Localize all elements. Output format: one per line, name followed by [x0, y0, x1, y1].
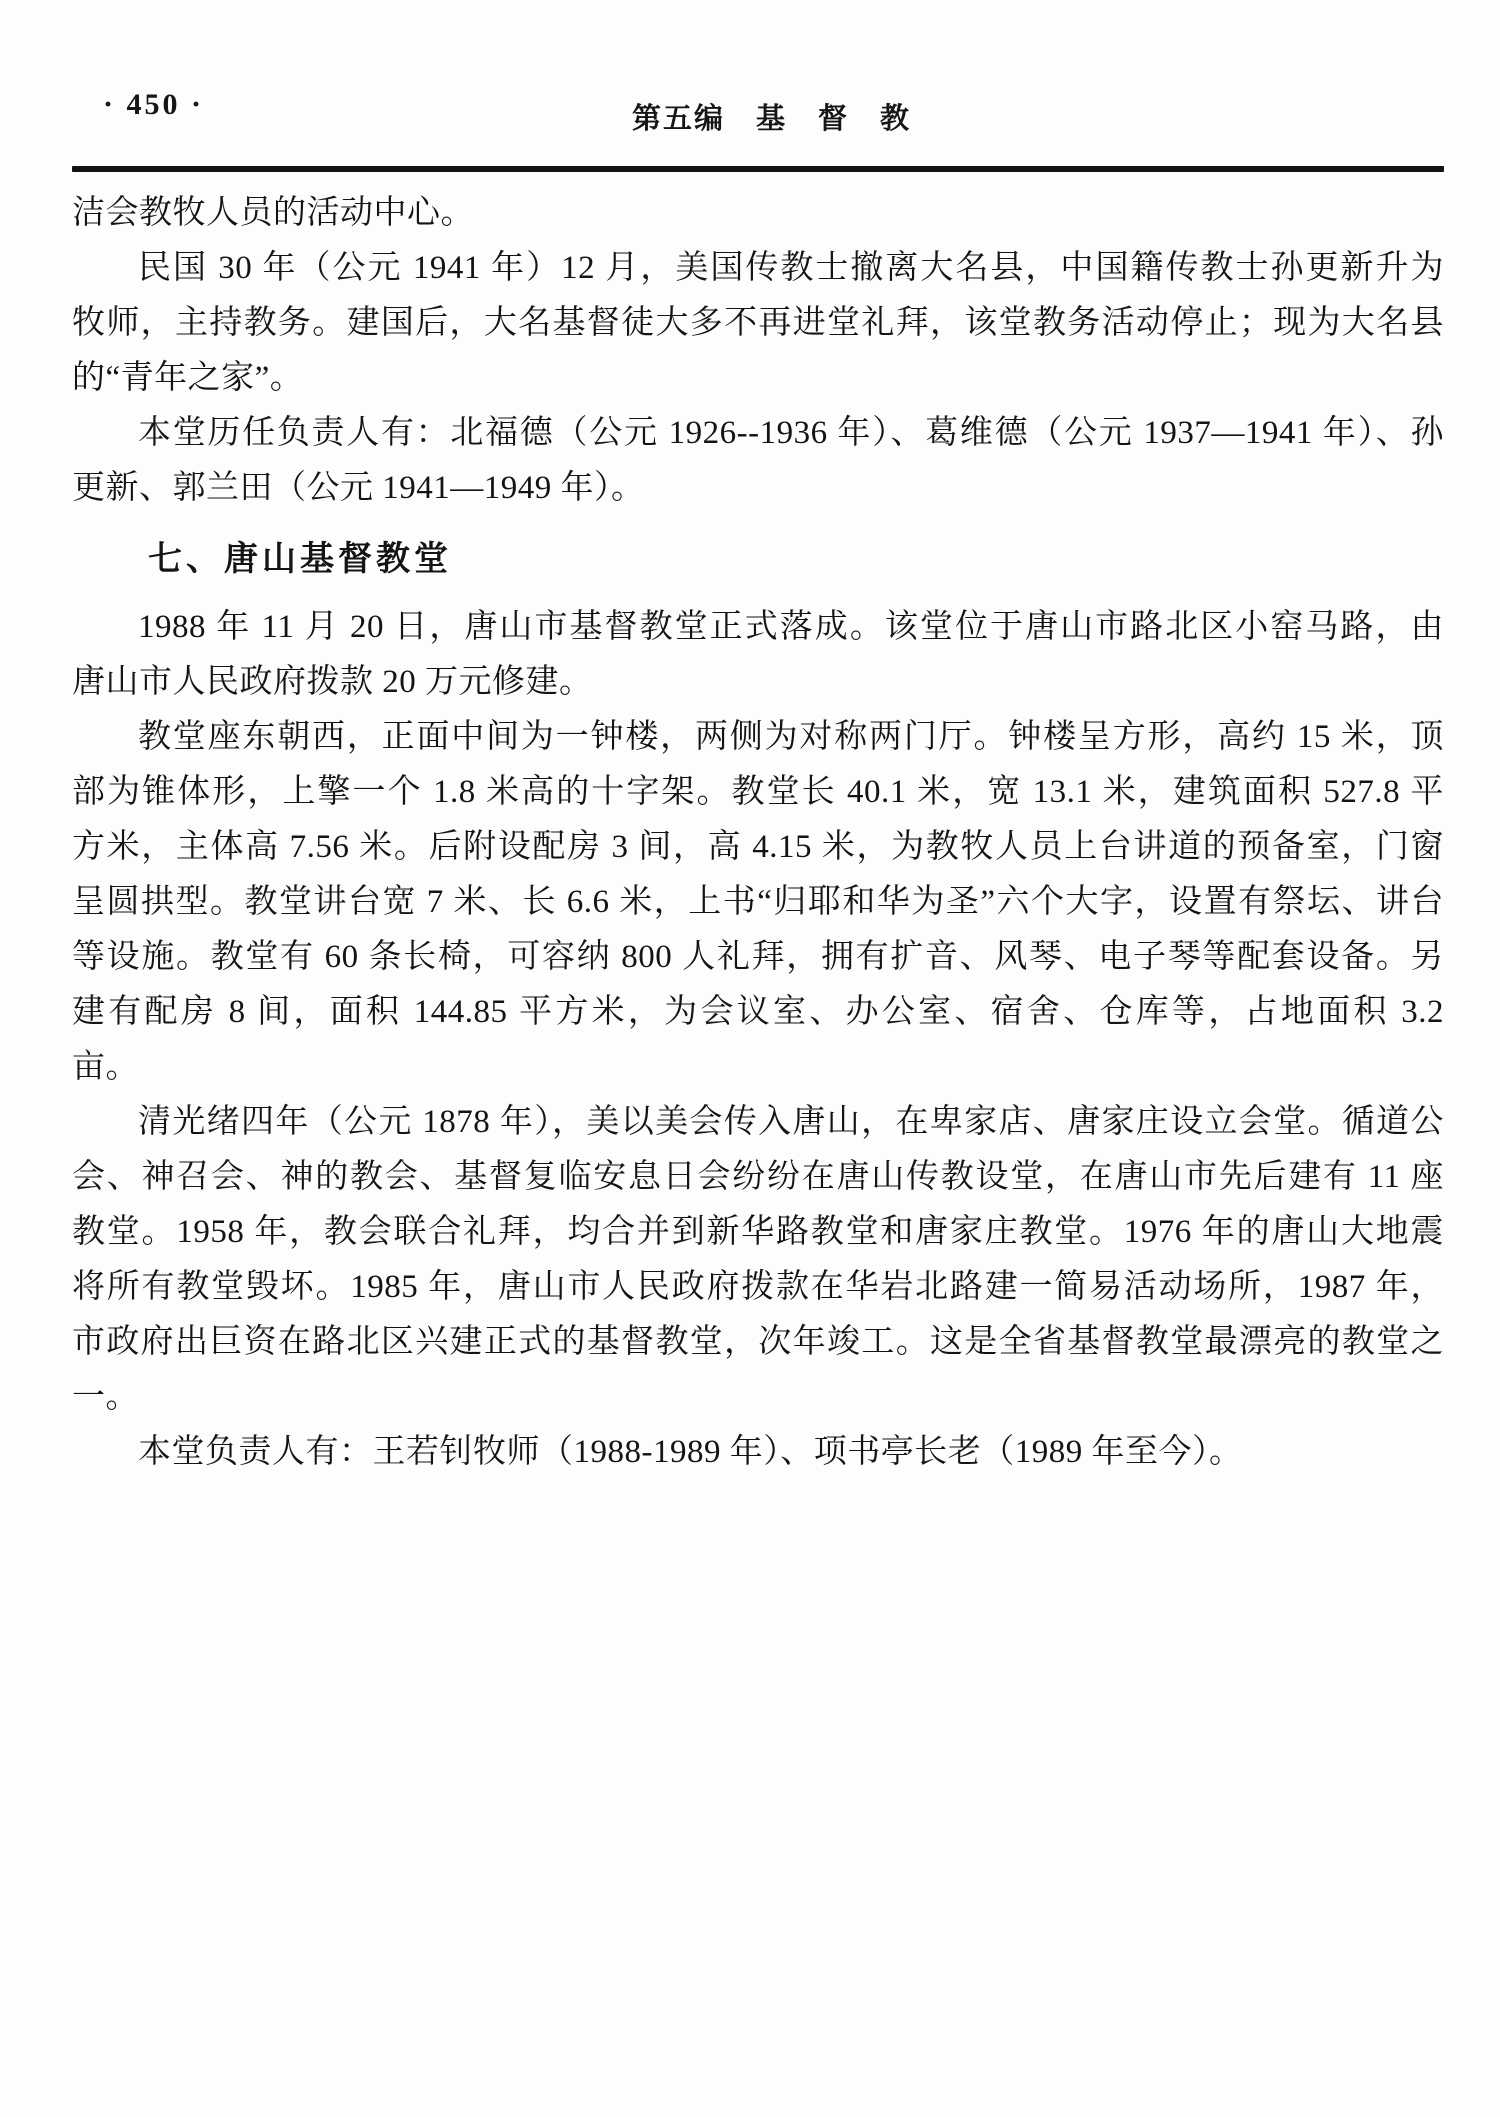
text-line: 民国 30 年（公元 1941 年）12 月，美国传教士撤离大名县，中国籍传教士… [72, 241, 1444, 296]
header-rule [72, 166, 1444, 172]
text-line: 本堂历任负责人有：北福德（公元 1926--1936 年）、葛维德（公元 193… [72, 406, 1444, 461]
text-line: 亩。 [72, 1040, 1444, 1095]
text-line: 牧师，主持教务。建国后，大名基督徒大多不再进堂礼拜，该堂教务活动停止；现为大名县 [72, 296, 1444, 351]
text-line: 清光绪四年（公元 1878 年），美以美会传入唐山，在卑家店、唐家庄设立会堂。循… [72, 1095, 1444, 1150]
text-line: 等设施。教堂有 60 条长椅，可容纳 800 人礼拜，拥有扩音、风琴、电子琴等配… [72, 930, 1444, 985]
page-body-text: 洁会教牧人员的活动中心。 民国 30 年（公元 1941 年）12 月，美国传教… [72, 186, 1444, 1480]
text-line: 教堂。1958 年，教会联合礼拜，均合并到新华路教堂和唐家庄教堂。1976 年的… [72, 1205, 1444, 1260]
text-line: 本堂负责人有：王若钊牧师（1988-1989 年）、项书亭长老（1989 年至今… [72, 1425, 1444, 1480]
section-heading: 七、唐山基督教堂 [148, 530, 1444, 590]
chapter-header-title: 第五编 基 督 教 [632, 96, 911, 137]
text-line: 的“青年之家”。 [72, 351, 1444, 406]
book-page: · 450 · 第五编 基 督 教 洁会教牧人员的活动中心。 民国 30 年（公… [0, 0, 1500, 2117]
text-line: 会、神召会、神的教会、基督复临安息日会纷纷在唐山传教设堂，在唐山市先后建有 11… [72, 1150, 1444, 1205]
text-line: 1988 年 11 月 20 日，唐山市基督教堂正式落成。该堂位于唐山市路北区小… [72, 600, 1444, 655]
running-header: · 450 · 第五编 基 督 教 [0, 0, 1500, 176]
text-line: 唐山市人民政府拨款 20 万元修建。 [72, 655, 1444, 710]
text-line: 一。 [72, 1370, 1444, 1425]
page-number: · 450 · [103, 88, 204, 122]
text-line: 将所有教堂毁坏。1985 年，唐山市人民政府拨款在华岩北路建一简易活动场所，19… [72, 1260, 1444, 1315]
text-line: 呈圆拱型。教堂讲台宽 7 米、长 6.6 米，上书“归耶和华为圣”六个大字，设置… [72, 875, 1444, 930]
text-line: 建有配房 8 间，面积 144.85 平方米，为会议室、办公室、宿舍、仓库等，占… [72, 985, 1444, 1040]
text-line: 更新、郭兰田（公元 1941—1949 年）。 [72, 461, 1444, 516]
text-line: 方米，主体高 7.56 米。后附设配房 3 间，高 4.15 米，为教牧人员上台… [72, 820, 1444, 875]
text-line: 市政府出巨资在路北区兴建正式的基督教堂，次年竣工。这是全省基督教堂最漂亮的教堂之 [72, 1315, 1444, 1370]
text-line: 教堂座东朝西，正面中间为一钟楼，两侧为对称两门厅。钟楼呈方形，高约 15 米，顶 [72, 710, 1444, 765]
text-line: 部为锥体形，上擎一个 1.8 米高的十字架。教堂长 40.1 米，宽 13.1 … [72, 765, 1444, 820]
text-line: 洁会教牧人员的活动中心。 [72, 186, 1444, 241]
